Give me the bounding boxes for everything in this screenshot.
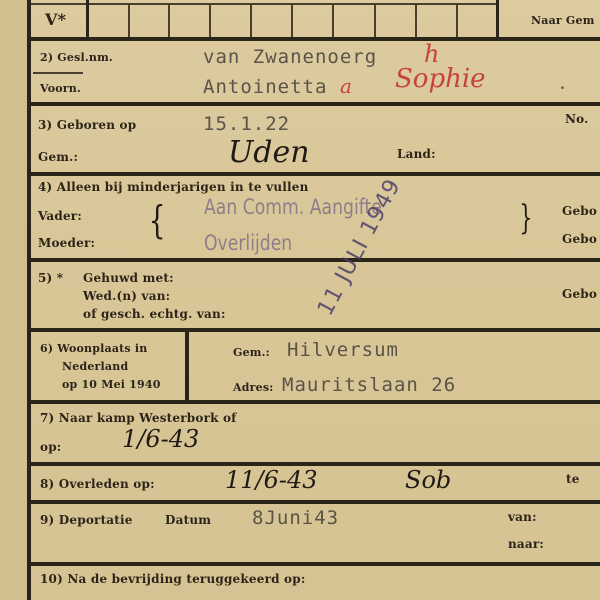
trailing-dot: .: [560, 77, 565, 93]
spouse-born-label: Gebo: [562, 287, 597, 301]
short-divider: [33, 72, 83, 74]
mother-born-label: Gebo: [562, 232, 597, 246]
no-label: No.: [565, 112, 589, 126]
minors-heading: 4) Alleen bij minderjarigen in te vullen: [38, 180, 309, 194]
card-margin: [0, 0, 28, 600]
naar-gem-label: Naar Gem: [531, 14, 595, 27]
returned-label: 10) Na de bevrijding teruggekeerd op:: [40, 572, 305, 586]
parents-bracket-mark-right: }: [519, 198, 532, 238]
westerbork-date-value: 1/6-43: [122, 425, 199, 453]
grid-cell: [170, 4, 211, 40]
residence-label-line3: op 10 Mei 1940: [62, 378, 161, 391]
residence-city-value: Hilversum: [287, 339, 399, 361]
grid-cell: [376, 4, 417, 40]
grid-cell: [130, 4, 170, 40]
married-to-label: Gehuwd met:: [83, 271, 174, 285]
deportation-datum-label: Datum: [165, 513, 211, 527]
left-border-line: [27, 0, 31, 600]
grid-cell: [417, 4, 458, 40]
section-divider: [31, 400, 600, 404]
stamp-aangifte-line1: Aan Comm. Aangifte: [204, 195, 382, 219]
land-label: Land:: [397, 147, 436, 161]
grid-cell: [89, 4, 130, 40]
birthplace-value: Uden: [228, 135, 310, 170]
deportation-to-label: naar:: [508, 537, 544, 551]
divorced-from-label: of gesch. echtg. van:: [83, 307, 226, 321]
firstname-label: Voorn.: [40, 82, 81, 95]
section-divider: [31, 328, 600, 332]
residence-divider: [185, 332, 189, 402]
deceased-place-value: Sob: [405, 466, 451, 494]
added-firstname: Sophie: [395, 64, 486, 94]
grid-cell: [211, 4, 252, 40]
parents-bracket-mark: {: [149, 198, 166, 242]
section-divider: [31, 172, 600, 176]
widow-of-label: Wed.(n) van:: [83, 289, 170, 303]
born-label: 3) Geboren op: [38, 118, 136, 132]
section-divider: [31, 37, 600, 41]
address-value: Mauritslaan 26: [282, 374, 456, 396]
section-divider: [31, 258, 600, 262]
residence-label-line2: Nederland: [62, 360, 128, 373]
father-born-label: Gebo: [562, 204, 597, 218]
firstname-value: Antoinetta: [203, 76, 327, 98]
deportation-date-value: 8Juni43: [252, 507, 339, 529]
deceased-te-label: te: [566, 472, 580, 486]
surname-value: van Zwanenoerg: [203, 46, 377, 68]
section-divider: [31, 500, 600, 504]
marriage-number: 5) *: [38, 271, 63, 285]
header-grid: [89, 4, 495, 36]
header-right-divider: [496, 0, 499, 38]
grid-cell: [252, 4, 293, 40]
mother-label: Moeder:: [38, 236, 95, 250]
father-label: Vader:: [38, 209, 82, 223]
header-v-label: V*: [45, 10, 66, 29]
section-divider: [31, 102, 600, 106]
surname-label: 2) Gesl.nm.: [40, 51, 113, 64]
address-label: Adres:: [233, 381, 273, 394]
registration-card: V* Naar Gem 2) Gesl.nm. Voorn. van Zwane…: [0, 0, 600, 600]
residence-gem-label: Gem.:: [233, 346, 270, 359]
born-date-value: 15.1.22: [203, 113, 290, 135]
westerbork-op-label: op:: [40, 440, 61, 454]
stamp-aangifte-line2: Overlijden: [204, 231, 292, 255]
grid-cell: [293, 4, 334, 40]
deportation-label: 9) Deportatie: [40, 513, 133, 527]
section-divider: [31, 562, 600, 566]
deportation-from-label: van:: [508, 510, 537, 524]
grid-cell: [334, 4, 376, 40]
deceased-label: 8) Overleden op:: [40, 477, 155, 491]
westerbork-label: 7) Naar kamp Westerbork of: [40, 411, 237, 425]
firstname-correction: a: [340, 74, 352, 98]
birthplace-gem-label: Gem.:: [38, 150, 78, 164]
residence-label-line1: 6) Woonplaats in: [40, 342, 147, 355]
deceased-date-value: 11/6-43: [225, 466, 318, 494]
